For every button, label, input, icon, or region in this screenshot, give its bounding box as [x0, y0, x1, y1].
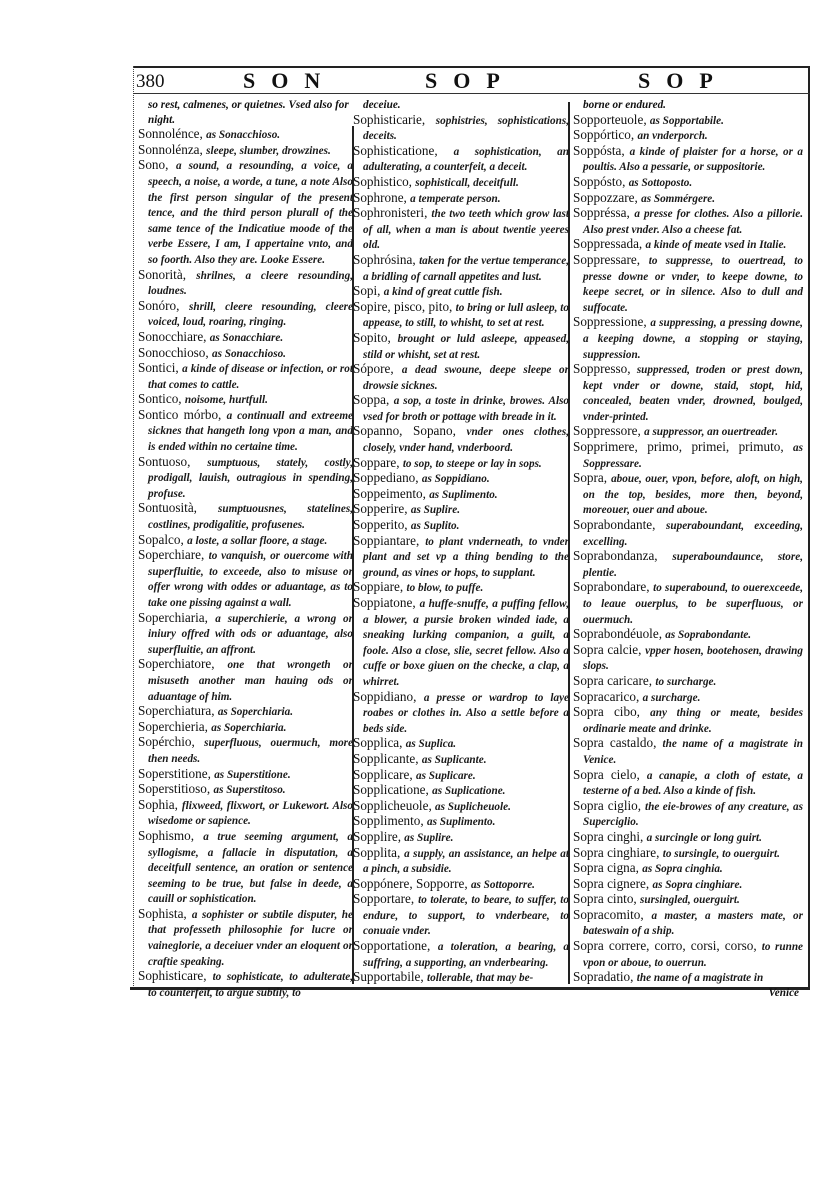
entry-definition: as Sopra cinghiare.	[652, 879, 742, 891]
entry-definition: tollerable, that may be-	[427, 972, 533, 984]
entry-headword: Sopplita,	[353, 845, 404, 860]
entry-headword: Soppórtico,	[573, 127, 637, 142]
entry-headword: Soprabondéuole,	[573, 626, 665, 641]
entry-headword: Sopracarico,	[573, 689, 643, 704]
dictionary-entry: Sontico, noisome, hurtfull.	[138, 392, 353, 408]
entry-headword: Sonocchioso,	[138, 345, 212, 360]
entry-headword: Soppa,	[353, 392, 394, 407]
entry-headword: Soperchiatura,	[138, 703, 218, 718]
dictionary-entry: Soperchiatura, as Soperchiaria.	[138, 704, 353, 720]
page-frame-left-rule	[133, 66, 135, 988]
entry-headword: Sopra ciglio,	[573, 798, 645, 813]
running-head-col1: SON	[243, 68, 336, 94]
dictionary-entry: Sophrósina, taken for the vertue tempera…	[353, 253, 569, 284]
continued-text: so rest, calmenes, or quietnes. Vsed als…	[138, 98, 353, 127]
entry-headword: Soperchiatore,	[138, 656, 227, 671]
entry-headword: Soperchieria,	[138, 719, 211, 734]
entry-headword: Sopperito,	[353, 517, 411, 532]
entry-definition: a surcingle or long guirt.	[647, 832, 762, 844]
entry-headword: Sontico mórbo,	[138, 407, 227, 422]
dictionary-entry: Soppozzare, as Sommérgere.	[573, 191, 803, 207]
dictionary-entry: Sonnolénce, as Sonacchioso.	[138, 127, 353, 143]
entry-headword: Sopprimere, primo, primei, primuto,	[573, 439, 793, 454]
entry-headword: Soppressore,	[573, 423, 644, 438]
entry-definition: the name of a magistrate in	[637, 972, 764, 984]
dictionary-entry: Sopanno, Sopano, vnder ones clothes, clo…	[353, 424, 569, 455]
dictionary-entry: Sopérchio, superfluous, ouermuch, more t…	[138, 735, 353, 766]
dictionary-entry: Sopplimento, as Suplimento.	[353, 814, 569, 830]
dictionary-entry: Sopra ciglio, the eie-browes of any crea…	[573, 799, 803, 830]
dictionary-page: 380 SON SOP SOP so rest, calmenes, or qu…	[133, 66, 810, 988]
dictionary-entry: Sopra correre, corro, corsi, corso, to r…	[573, 939, 803, 970]
entry-headword: Soppréssa,	[573, 205, 634, 220]
running-head-col2: SOP	[425, 68, 516, 94]
dictionary-entry: Sono, a sound, a resounding, a voice, a …	[138, 158, 353, 267]
dictionary-entry: Soppiare, to blow, to puffe.	[353, 580, 569, 596]
entry-definition: an vnderporch.	[637, 130, 707, 142]
entry-definition: a temperate person.	[410, 193, 500, 205]
entry-headword: Sonnolénce,	[138, 126, 206, 141]
entry-definition: as Sottoporre.	[471, 879, 535, 891]
dictionary-entry: Sopra cielo, a canapie, a cloth of estat…	[573, 768, 803, 799]
entry-headword: Sopra cielo,	[573, 767, 647, 782]
dictionary-entry: Sopra cigna, as Sopra cinghia.	[573, 861, 803, 877]
entry-headword: Sopra caricare,	[573, 673, 655, 688]
dictionary-entry: Soprabondanza, superaboundaunce, store, …	[573, 549, 803, 580]
page-number: 380	[136, 71, 165, 93]
entry-definition: to sursingle, to ouerguirt.	[663, 848, 780, 860]
dictionary-entry: Sophrone, a temperate person.	[353, 191, 569, 207]
entry-definition: as Sonacchioso.	[206, 129, 280, 141]
dictionary-entry: Soperchiaria, a superchierie, a wrong or…	[138, 611, 353, 658]
dictionary-entry: Sophismo, a true seeming argument, a syl…	[138, 829, 353, 907]
entry-headword: Sophrósina,	[353, 252, 419, 267]
dictionary-entry: Sopra cibo, any thing or meate, besides …	[573, 705, 803, 736]
dictionary-entry: Sopra cinto, sursingled, ouerguirt.	[573, 892, 803, 908]
entry-headword: Sopra castaldo,	[573, 735, 662, 750]
entry-headword: Sontuoso,	[138, 454, 207, 469]
entry-definition: as Soprabondante.	[665, 629, 751, 641]
entry-headword: Sopracomito,	[573, 907, 652, 922]
dictionary-entry: Sopracarico, a surcharge.	[573, 690, 803, 706]
dictionary-entry: Sopra, aboue, ouer, vpon, before, aloft,…	[573, 471, 803, 518]
catchword: Venice	[573, 986, 803, 1001]
entry-headword: Sopradatio,	[573, 969, 637, 984]
entry-headword: Soppónere, Sopporre,	[353, 876, 471, 891]
entry-definition: as Sottoposto.	[629, 177, 692, 189]
dictionary-entry: Sophistico, sophisticall, deceitfull.	[353, 175, 569, 191]
continued-text: deceiue.	[353, 98, 569, 113]
dictionary-entry: Soperchiatore, one that wrongeth or misu…	[138, 657, 353, 704]
entry-headword: Sonnolénza,	[138, 142, 206, 157]
entry-headword: Sophisticarie,	[353, 112, 436, 127]
dictionary-entry: Sopportare, to tolerate, to beare, to su…	[353, 892, 569, 939]
dictionary-entry: Sopra calcie, vpper hosen, bootehosen, d…	[573, 643, 803, 674]
dictionary-entry: Soppressare, to suppresse, to ouertread,…	[573, 253, 803, 315]
entry-headword: Sophistico,	[353, 174, 415, 189]
dictionary-entry: Sopra castaldo, the name of a magistrate…	[573, 736, 803, 767]
entry-headword: Soppiare,	[353, 579, 406, 594]
entry-definition: a kinde of meate vsed in Italie.	[646, 239, 787, 251]
entry-headword: Sophista,	[138, 906, 192, 921]
entry-headword: Soperstitione,	[138, 766, 214, 781]
entry-definition: noisome, hurtfull.	[185, 394, 268, 406]
entry-headword: Soppiatone,	[353, 595, 420, 610]
dictionary-entry: Sopplicante, as Suplicante.	[353, 752, 569, 768]
dictionary-entry: Sontico mórbo, a continuall and extreeme…	[138, 408, 353, 455]
dictionary-entry: Sopplire, as Suplire.	[353, 830, 569, 846]
entry-headword: Soppressada,	[573, 236, 646, 251]
entry-headword: Sopplicheuole,	[353, 798, 435, 813]
dictionary-entry: Sopperire, as Suplire.	[353, 502, 569, 518]
entry-definition: a loste, a sollar floore, a stage.	[187, 535, 327, 547]
dictionary-entry: Soprabondante, superaboundant, exceeding…	[573, 518, 803, 549]
dictionary-entry: Soppiantare, to plant vnderneath, to vnd…	[353, 534, 569, 581]
entry-headword: Sopplicare,	[353, 767, 416, 782]
entry-definition: as Sonacchiare.	[210, 332, 283, 344]
entry-headword: Sopito,	[353, 330, 398, 345]
entry-headword: Soppidiano,	[353, 689, 424, 704]
entry-headword: Sopportare,	[353, 891, 418, 906]
entry-headword: Sontici,	[138, 360, 182, 375]
dictionary-entry: Sopperito, as Suplito.	[353, 518, 569, 534]
entry-headword: Supportabile,	[353, 969, 427, 984]
dictionary-entry: Sopportatione, a toleration, a bearing, …	[353, 939, 569, 970]
column-3: borne or endured.Sopporteuole, as Soppor…	[573, 98, 803, 1000]
entry-definition: a suppressor, an ouertreader.	[644, 426, 778, 438]
dictionary-entry: Soppressore, a suppressor, an ouertreade…	[573, 424, 803, 440]
entry-headword: Sopra calcie,	[573, 642, 645, 657]
entry-headword: Soppresso,	[573, 361, 637, 376]
entry-headword: Sopra cinghi,	[573, 829, 647, 844]
entry-headword: Soprabondare,	[573, 579, 653, 594]
entry-definition: as Sopra cinghia.	[642, 863, 723, 875]
dictionary-entry: Sopra cinghiare, to sursingle, to ouergu…	[573, 846, 803, 862]
dictionary-entry: Sopradatio, the name of a magistrate in	[573, 970, 803, 986]
entry-headword: Sonorità,	[138, 267, 196, 282]
dictionary-entry: Soppréssa, a presse for clothes. Also a …	[573, 206, 803, 237]
dictionary-entry: Sophronisteri, the two teeth which grow …	[353, 206, 569, 253]
entry-definition: to sop, to steepe or lay in sops.	[403, 458, 542, 470]
dictionary-entry: Soppa, a sop, a toste in drinke, browes.…	[353, 393, 569, 424]
entry-definition: aboue, ouer, vpon, before, aloft, on hig…	[583, 473, 803, 516]
dictionary-entry: Sonorità, shrilnes, a cleere resounding,…	[138, 268, 353, 299]
dictionary-entry: Sonocchiare, as Sonacchiare.	[138, 330, 353, 346]
dictionary-entry: Supportabile, tollerable, that may be-	[353, 970, 569, 986]
entry-definition: to surcharge.	[655, 676, 716, 688]
entry-headword: Sonocchiare,	[138, 329, 210, 344]
entry-headword: Sopra cibo,	[573, 704, 650, 719]
entry-headword: Sopra cignere,	[573, 876, 652, 891]
dictionary-entry: Soppidiano, a presse or wardrop to laye …	[353, 690, 569, 737]
entry-definition: as Suplicante.	[422, 754, 487, 766]
entry-definition: as Soperchiaria.	[218, 706, 293, 718]
dictionary-entry: Sonóro, shrill, cleere resounding, cleer…	[138, 299, 353, 330]
entry-headword: Soppozzare,	[573, 190, 641, 205]
dictionary-entry: Soperchieria, as Soperchiaria.	[138, 720, 353, 736]
entry-headword: Sopérchio,	[138, 734, 204, 749]
dictionary-entry: Sopplica, as Suplica.	[353, 736, 569, 752]
dictionary-entry: Soppresso, suppressed, troden or prest d…	[573, 362, 803, 424]
dictionary-entry: Sopra cinghi, a surcingle or long guirt.	[573, 830, 803, 846]
entry-headword: Sopplicante,	[353, 751, 422, 766]
entry-headword: Soppediano,	[353, 470, 422, 485]
entry-headword: Soperstitioso,	[138, 781, 213, 796]
entry-definition: as Suplicatione.	[432, 785, 505, 797]
dictionary-entry: Soppeimento, as Suplimento.	[353, 487, 569, 503]
entry-headword: Soppare,	[353, 455, 403, 470]
dictionary-entry: Sonnolénza, sleepe, slumber, drowzines.	[138, 143, 353, 159]
dictionary-entry: Soppressada, a kinde of meate vsed in It…	[573, 237, 803, 253]
entry-headword: Soppósta,	[573, 143, 630, 158]
dictionary-entry: Sopito, brought or luld asleepe, appease…	[353, 331, 569, 362]
entry-definition: as Suplimento.	[429, 489, 497, 501]
entry-headword: Sontico,	[138, 391, 185, 406]
entry-headword: Sophisticatione,	[353, 143, 454, 158]
entry-headword: Sopire, pisco, pito,	[353, 299, 456, 314]
column-1: so rest, calmenes, or quietnes. Vsed als…	[138, 98, 353, 1000]
entry-definition: as Sopportabile.	[650, 115, 724, 127]
column-2: deceiue.Sophisticarie, sophistries, soph…	[353, 98, 569, 986]
entry-definition: sleepe, slumber, drowzines.	[206, 145, 331, 157]
dictionary-entry: Sophia, flixweed, flixwort, or Lukewort.…	[138, 798, 353, 829]
dictionary-entry: Sonocchioso, as Sonacchioso.	[138, 346, 353, 362]
dictionary-entry: Soppiatone, a huffe-snuffe, a puffing fe…	[353, 596, 569, 690]
entry-definition: as Suplicare.	[416, 770, 476, 782]
dictionary-entry: Soppórtico, an vnderporch.	[573, 128, 803, 144]
entry-definition: as Suplito.	[411, 520, 460, 532]
dictionary-entry: Sophisticare, to sophisticate, to adulte…	[138, 969, 353, 1000]
entry-definition: as Suplica.	[406, 738, 456, 750]
dictionary-entry: Soppare, to sop, to steepe or lay in sop…	[353, 456, 569, 472]
entry-headword: Sopalco,	[138, 532, 187, 547]
entry-definition: to blow, to puffe.	[406, 582, 483, 594]
entry-headword: Sopi,	[353, 283, 384, 298]
entry-definition: a huffe-snuffe, a puffing fellow, a blow…	[363, 598, 569, 688]
continued-text: borne or endured.	[573, 98, 803, 113]
entry-headword: Soperchiare,	[138, 547, 209, 562]
entry-definition: sursingled, ouerguirt.	[640, 894, 740, 906]
entry-definition: a sop, a toste in drinke, browes. Also v…	[363, 395, 569, 423]
entry-headword: Sopra,	[573, 470, 611, 485]
dictionary-entry: Sopalco, a loste, a sollar floore, a sta…	[138, 533, 353, 549]
entry-definition: sophisticall, deceitfull.	[415, 177, 518, 189]
dictionary-entry: Sopi, a kind of great cuttle fish.	[353, 284, 569, 300]
running-header: 380 SON SOP SOP	[133, 68, 810, 93]
entry-definition: as Superstitione.	[214, 769, 290, 781]
dictionary-entry: Soprabondéuole, as Soprabondante.	[573, 627, 803, 643]
entry-definition: a sound, a resounding, a voice, a speech…	[148, 160, 353, 266]
entry-headword: Sopperire,	[353, 501, 411, 516]
dictionary-entry: Sontuosità, sumptuousnes, statelines, co…	[138, 501, 353, 532]
entry-headword: Soprabondanza,	[573, 548, 672, 563]
dictionary-entry: Sopplita, a supply, an assistance, an he…	[353, 846, 569, 877]
dictionary-entry: Soppressione, a suppressing, a pressing …	[573, 315, 803, 362]
entry-headword: Sophia,	[138, 797, 182, 812]
entry-definition: as Superstitoso.	[213, 784, 285, 796]
entry-headword: Soperchiaria,	[138, 610, 215, 625]
entry-definition: as Suplimento.	[427, 816, 495, 828]
entry-headword: Sopplicatione,	[353, 782, 432, 797]
dictionary-entry: Sopprimere, primo, primei, primuto, as S…	[573, 440, 803, 471]
entry-definition: as Sommérgere.	[641, 193, 715, 205]
running-head-col3: SOP	[638, 68, 729, 94]
dictionary-entry: Sopplicare, as Suplicare.	[353, 768, 569, 784]
entry-headword: Sophronisteri,	[353, 205, 431, 220]
dictionary-entry: Soperchiare, to vanquish, or ouercome wi…	[138, 548, 353, 610]
entry-headword: Soppiantare,	[353, 533, 425, 548]
dictionary-entry: Sopra cignere, as Sopra cinghiare.	[573, 877, 803, 893]
page-frame-right-rule	[808, 66, 810, 988]
entry-definition: as Suplire.	[411, 504, 460, 516]
dictionary-entry: Sópore, a dead swoune, deepe sleepe or d…	[353, 362, 569, 393]
entry-headword: Sopra cigna,	[573, 860, 642, 875]
dictionary-entry: Soppónere, Sopporre, as Sottoporre.	[353, 877, 569, 893]
dictionary-entry: Soppediano, as Soppidiano.	[353, 471, 569, 487]
dictionary-entry: Sontici, a kinde of disease or infection…	[138, 361, 353, 392]
entry-headword: Sópore,	[353, 361, 402, 376]
entry-headword: Sopplica,	[353, 735, 406, 750]
entry-headword: Sophrone,	[353, 190, 410, 205]
entry-definition: as Suplicheuole.	[435, 801, 511, 813]
entry-headword: Sontuosità,	[138, 500, 218, 515]
dictionary-entry: Sopplicatione, as Suplicatione.	[353, 783, 569, 799]
dictionary-entry: Sopire, pisco, pito, to bring or lull as…	[353, 300, 569, 331]
dictionary-entry: Soppósta, a kinde of plaister for a hors…	[573, 144, 803, 175]
entry-headword: Sopanno, Sopano,	[353, 423, 466, 438]
dictionary-entry: Sopracomito, a master, a masters mate, o…	[573, 908, 803, 939]
entry-headword: Sopra correre, corro, corsi, corso,	[573, 938, 762, 953]
dictionary-entry: Soprabondare, to superabound, to ouerexc…	[573, 580, 803, 627]
entry-definition: as Soperchiaria.	[211, 722, 286, 734]
dictionary-entry: Sontuoso, sumptuous, stately, costly, pr…	[138, 455, 353, 502]
header-rule	[133, 93, 810, 94]
dictionary-entry: Soppósto, as Sottoposto.	[573, 175, 803, 191]
entry-headword: Sopra cinghiare,	[573, 845, 663, 860]
dictionary-entry: Sophisticatione, a sophistication, an ad…	[353, 144, 569, 175]
entry-definition: as Suplire.	[404, 832, 453, 844]
entry-headword: Soppeimento,	[353, 486, 429, 501]
entry-headword: Sopportatione,	[353, 938, 438, 953]
dictionary-entry: Sopplicheuole, as Suplicheuole.	[353, 799, 569, 815]
entry-headword: Sophismo,	[138, 828, 203, 843]
dictionary-entry: Sopporteuole, as Sopportabile.	[573, 113, 803, 129]
entry-headword: Sono,	[138, 157, 176, 172]
entry-headword: Sopplimento,	[353, 813, 427, 828]
dictionary-entry: Sopra caricare, to surcharge.	[573, 674, 803, 690]
entry-headword: Soprabondante,	[573, 517, 666, 532]
dictionary-entry: Sophista, a sophister or subtile dispute…	[138, 907, 353, 969]
entry-headword: Sopplire,	[353, 829, 404, 844]
entry-headword: Soppressione,	[573, 314, 650, 329]
entry-definition: a kind of great cuttle fish.	[384, 286, 503, 298]
dictionary-entry: Soperstitione, as Superstitione.	[138, 767, 353, 783]
entry-definition: as Sonacchioso.	[212, 348, 286, 360]
dictionary-entry: Soperstitioso, as Superstitoso.	[138, 782, 353, 798]
entry-headword: Sopra cinto,	[573, 891, 640, 906]
entry-headword: Sonóro,	[138, 298, 189, 313]
entry-headword: Sophisticare,	[138, 968, 213, 983]
entry-definition: as Soppidiano.	[422, 473, 490, 485]
entry-headword: Soppósto,	[573, 174, 629, 189]
entry-headword: Sopporteuole,	[573, 112, 650, 127]
entry-definition: a surcharge.	[643, 692, 701, 704]
entry-headword: Soppressare,	[573, 252, 649, 267]
dictionary-entry: Sophisticarie, sophistries, sophisticati…	[353, 113, 569, 144]
